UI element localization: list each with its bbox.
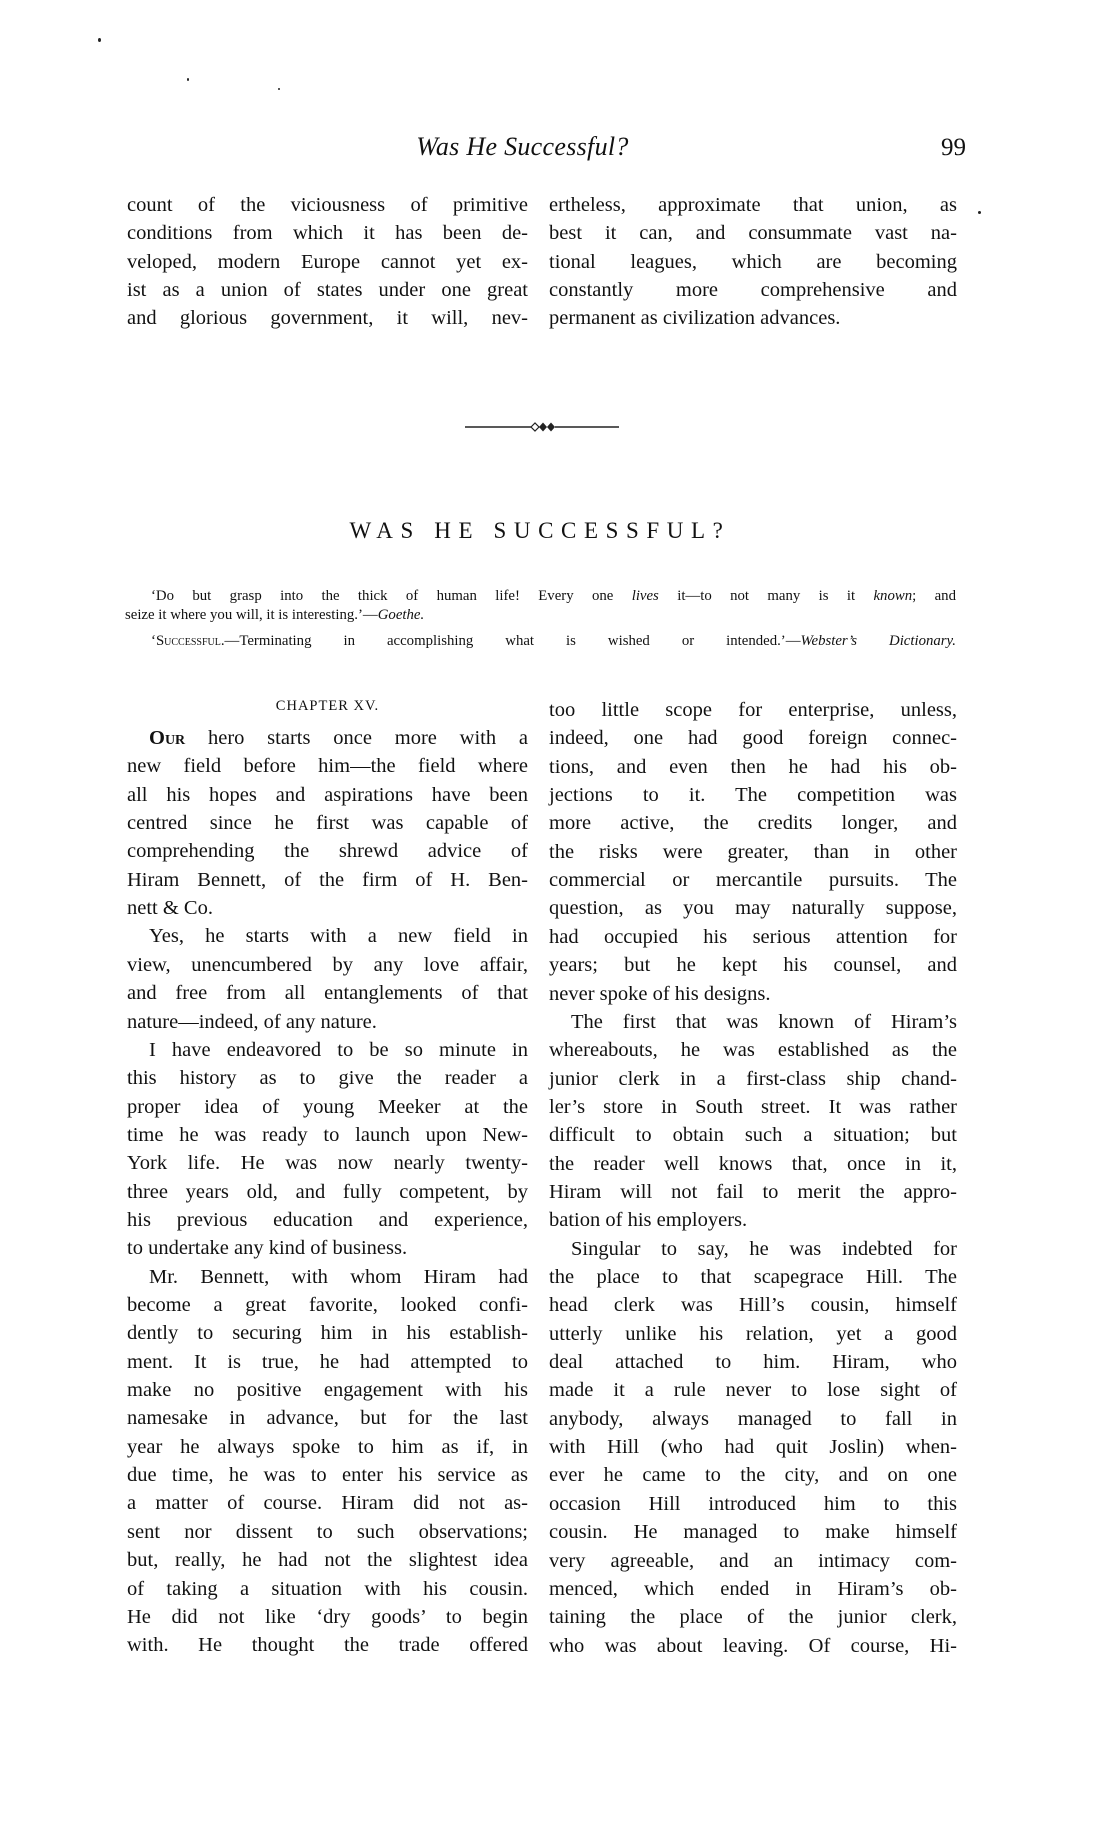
text-line: too little scope for enterprise, unless, <box>549 696 957 724</box>
text-line: York life. He was now nearly twenty- <box>127 1149 528 1177</box>
text-line: Hiram will not fail to merit the appro- <box>549 1178 957 1206</box>
text-line: ever he came to the city, and on one <box>549 1461 957 1489</box>
text-line: junior clerk in a first-class ship chand… <box>549 1065 957 1093</box>
text-line: deal attached to him. Hiram, who <box>549 1348 957 1376</box>
text-line: I have endeavored to be so minute in <box>127 1036 528 1064</box>
text-line: centred since he first was capable of <box>127 809 528 837</box>
section-title: WAS HE SUCCESSFUL? <box>320 516 760 546</box>
text-line: the risks were greater, than in other <box>549 838 957 866</box>
text-line: become a great favorite, looked confi- <box>127 1291 528 1319</box>
text-line: never spoke of his designs. <box>549 980 957 1008</box>
text-line: veloped, modern Europe cannot yet ex- <box>127 248 528 276</box>
text-line: and free from all entanglements of that <box>127 979 528 1007</box>
text-line: who was about leaving. Of course, Hi- <box>549 1632 957 1660</box>
text-line: Singular to say, he was indebted for <box>549 1235 957 1263</box>
text-line: comprehending the shrewd advice of <box>127 837 528 865</box>
epigraph-source: Goethe. <box>378 607 424 623</box>
chapter-heading: CHAPTER XV. <box>127 696 528 716</box>
text-line: utterly unlike his relation, yet a good <box>549 1320 957 1348</box>
text-line: taining the place of the junior clerk, <box>549 1603 957 1631</box>
text-line: constantly more comprehensive and <box>549 276 957 304</box>
text-line: anybody, always managed to fall in <box>549 1405 957 1433</box>
epigraph-text: .—Terminating in accomplishing what is w… <box>221 633 801 649</box>
text-line: bation of his employers. <box>549 1206 957 1234</box>
text-line: due time, he was to enter his service as <box>127 1461 528 1489</box>
text-line: nett & Co. <box>127 894 528 922</box>
text-line: years; but he kept his counsel, and <box>549 951 957 979</box>
text-line: ment. It is true, he had attempted to <box>127 1348 528 1376</box>
text-line: to undertake any kind of business. <box>127 1234 528 1262</box>
text-line: more active, the credits longer, and <box>549 809 957 837</box>
text-line: namesake in advance, but for the last <box>127 1404 528 1432</box>
text-line: whereabouts, he was established as the <box>549 1036 957 1064</box>
text-line: The first that was known of Hiram’s <box>549 1008 957 1036</box>
epigraph-text: it—to not many is it <box>659 588 874 604</box>
text-line: sent nor dissent to such observations; <box>127 1518 528 1546</box>
text-line: make no positive engagement with his <box>127 1376 528 1404</box>
section-divider-ornament-icon <box>465 420 619 434</box>
scan-speck <box>98 38 101 42</box>
text-line: ler’s store in South street. It was rath… <box>549 1093 957 1121</box>
epigraph-text: seize it where you will, it is interesti… <box>125 607 378 623</box>
text-line: tions, and even then he had his ob- <box>549 753 957 781</box>
text-line: the place to that scapegrace Hill. The <box>549 1263 957 1291</box>
epigraph-emphasis: known <box>873 588 912 604</box>
text-line: occasion Hill introduced him to this <box>549 1490 957 1518</box>
text-line: the reader well knows that, once in it, <box>549 1150 957 1178</box>
text-line: Our hero starts once more with a <box>127 724 528 752</box>
text-line: a matter of course. Hiram did not as- <box>127 1489 528 1517</box>
text-line: his previous education and experience, <box>127 1206 528 1234</box>
text-line: proper idea of young Meeker at the <box>127 1093 528 1121</box>
text-line: nature—indeed, of any nature. <box>127 1008 528 1036</box>
text-line: tional leagues, which are becoming <box>549 248 957 276</box>
epigraph-text: ; and <box>912 588 956 604</box>
text-line: very agreeable, and an intimacy com- <box>549 1547 957 1575</box>
text-line: question, as you may naturally suppose, <box>549 894 957 922</box>
text-line: menced, which ended in Hiram’s ob- <box>549 1575 957 1603</box>
scan-speck <box>978 211 981 214</box>
text-line: Hiram Bennett, of the firm of H. Ben- <box>127 866 528 894</box>
text-line: time he was ready to launch upon New- <box>127 1121 528 1149</box>
page-number: 99 <box>930 133 966 163</box>
scan-speck <box>187 78 189 81</box>
text-line: three years old, and fully competent, by <box>127 1178 528 1206</box>
epigraph-goethe-line-1: ‘Do but grasp into the thick of human li… <box>151 586 956 606</box>
epigraph-emphasis: lives <box>632 588 659 604</box>
text-line: new field before him—the field where <box>127 752 528 780</box>
text-line: Mr. Bennett, with whom Hiram had <box>127 1263 528 1291</box>
text-line: difficult to obtain such a situation; bu… <box>549 1121 957 1149</box>
opening-word: Our <box>149 727 185 749</box>
text-line: view, unencumbered by any love affair, <box>127 951 528 979</box>
text-line: year he always spoke to him as if, in <box>127 1433 528 1461</box>
text-line: commercial or mercantile pursuits. The <box>549 866 957 894</box>
text-line: permanent as civilization advances. <box>549 304 957 332</box>
epigraph-term: Successful <box>156 633 221 649</box>
text-line: this history as to give the reader a <box>127 1064 528 1092</box>
text-line: all his hopes and aspirations have been <box>127 781 528 809</box>
text-line: cousin. He managed to make himself <box>549 1518 957 1546</box>
text-line: indeed, one had good foreign connec- <box>549 724 957 752</box>
epigraph-text: ‘Do but grasp into the thick of human li… <box>151 588 632 604</box>
text-line: had occupied his serious attention for <box>549 923 957 951</box>
epigraph-webster: ‘Successful.—Terminating in accomplishin… <box>151 631 956 651</box>
scan-speck <box>278 88 280 90</box>
text-line: with Hill (who had quit Joslin) when- <box>549 1433 957 1461</box>
text-line: made it a rule never to lose sight of <box>549 1376 957 1404</box>
epigraph-goethe-line-2: seize it where you will, it is interesti… <box>125 605 424 625</box>
text-line: ertheless, approximate that union, as <box>549 191 957 219</box>
text-line: but, really, he had not the slightest id… <box>127 1546 528 1574</box>
text-line: count of the viciousness of primitive <box>127 191 528 219</box>
epigraph-source: Webster’s Dictionary. <box>801 633 956 649</box>
text-line: jections to it. The competition was <box>549 781 957 809</box>
line-text: hero starts once more with a <box>185 727 528 749</box>
text-line: ist as a union of states under one great <box>127 276 528 304</box>
text-line: with. He thought the trade offered <box>127 1631 528 1659</box>
text-line: dently to securing him in his establish- <box>127 1319 528 1347</box>
running-header-title: Was He Successful? <box>380 132 665 162</box>
text-line: of taking a situation with his cousin. <box>127 1575 528 1603</box>
text-line: He did not like ‘dry goods’ to begin <box>127 1603 528 1631</box>
text-line: and glorious government, it will, nev- <box>127 304 528 332</box>
text-line: best it can, and consummate vast na- <box>549 219 957 247</box>
text-line: head clerk was Hill’s cousin, himself <box>549 1291 957 1319</box>
text-line: Yes, he starts with a new field in <box>127 922 528 950</box>
text-line: conditions from which it has been de- <box>127 219 528 247</box>
